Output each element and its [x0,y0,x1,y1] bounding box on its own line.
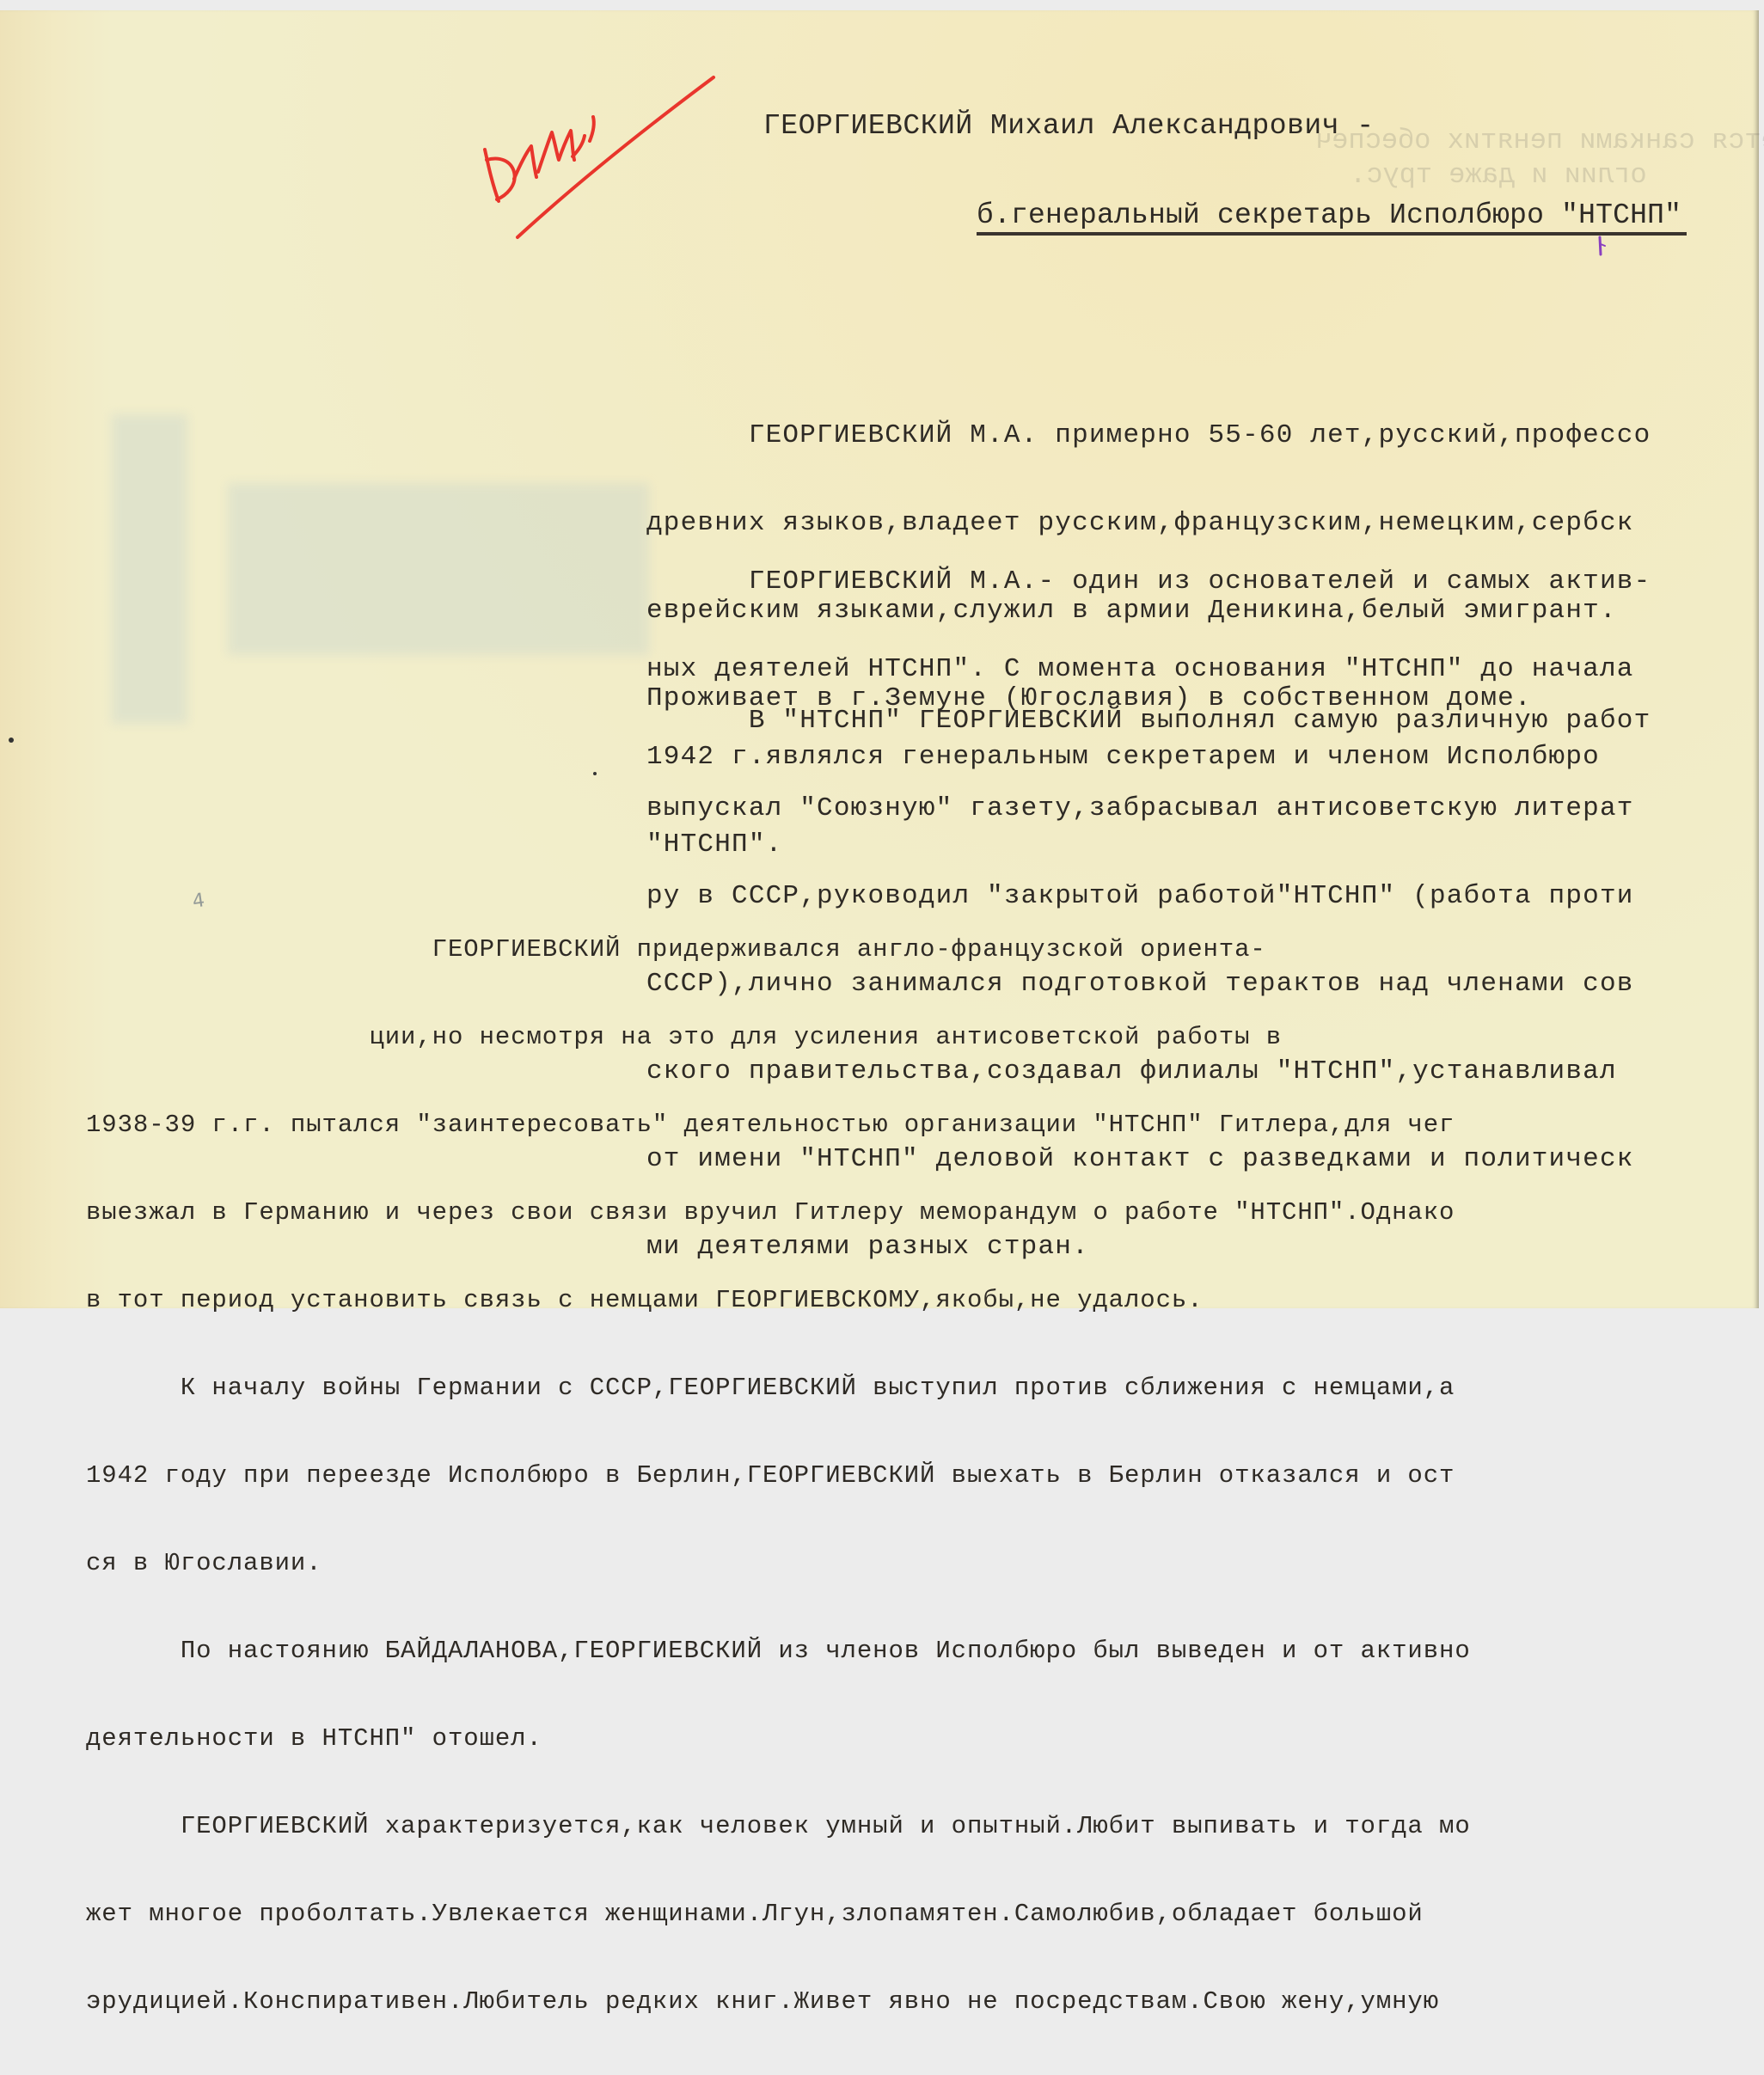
text-line: 1938-39 г.г. пытался "заинтересовать" де… [86,1111,1471,1140]
bleed-through-line-2: оглии и даже трус. [1350,158,1647,193]
smudge-center [228,483,649,655]
red-pencil-annotation-icon [464,70,722,260]
bleed-through-line-1: секшу поселяется санками пенятих обеспеч [1315,124,1764,158]
violet-tick-mark-icon [1596,236,1608,258]
text-line: выезжал в Германию и через свои связи вр… [86,1198,1471,1227]
text-line: ГЕОРГИЕВСКИЙ М.А. примерно 55-60 лет,рус… [646,421,1651,450]
text-line: в тот период установить связь с немцами … [86,1286,1471,1308]
smudge-left [112,414,187,724]
stray-ink-dot [9,738,14,743]
text-line: ции,но несмотря на это для усиления анти… [86,1023,1471,1052]
document-title-position: б.генеральный секретарь Исполбюро "НТСНП… [977,201,1687,236]
text-line: ГЕОРГИЕВСКИЙ придерживался англо-француз… [86,935,1471,964]
text-line: ГЕОРГИЕВСКИЙ М.А.- один из основателей и… [646,567,1651,597]
text-line: выпускал "Союзную" газету,забрасывал ант… [646,794,1651,823]
paragraph-orientation-and-character: ГЕОРГИЕВСКИЙ придерживался англо-француз… [86,877,1471,1308]
text-line: В "НТСНП" ГЕОРГИЕВСКИЙ выполнял самую ра… [646,707,1651,736]
document-page: секшу поселяется санками пенятих обеспеч… [0,10,1759,1308]
stray-ink-dot [593,772,597,775]
document-title-name: ГЕОРГИЕВСКИЙ Михаил Александрович - [763,112,1375,141]
